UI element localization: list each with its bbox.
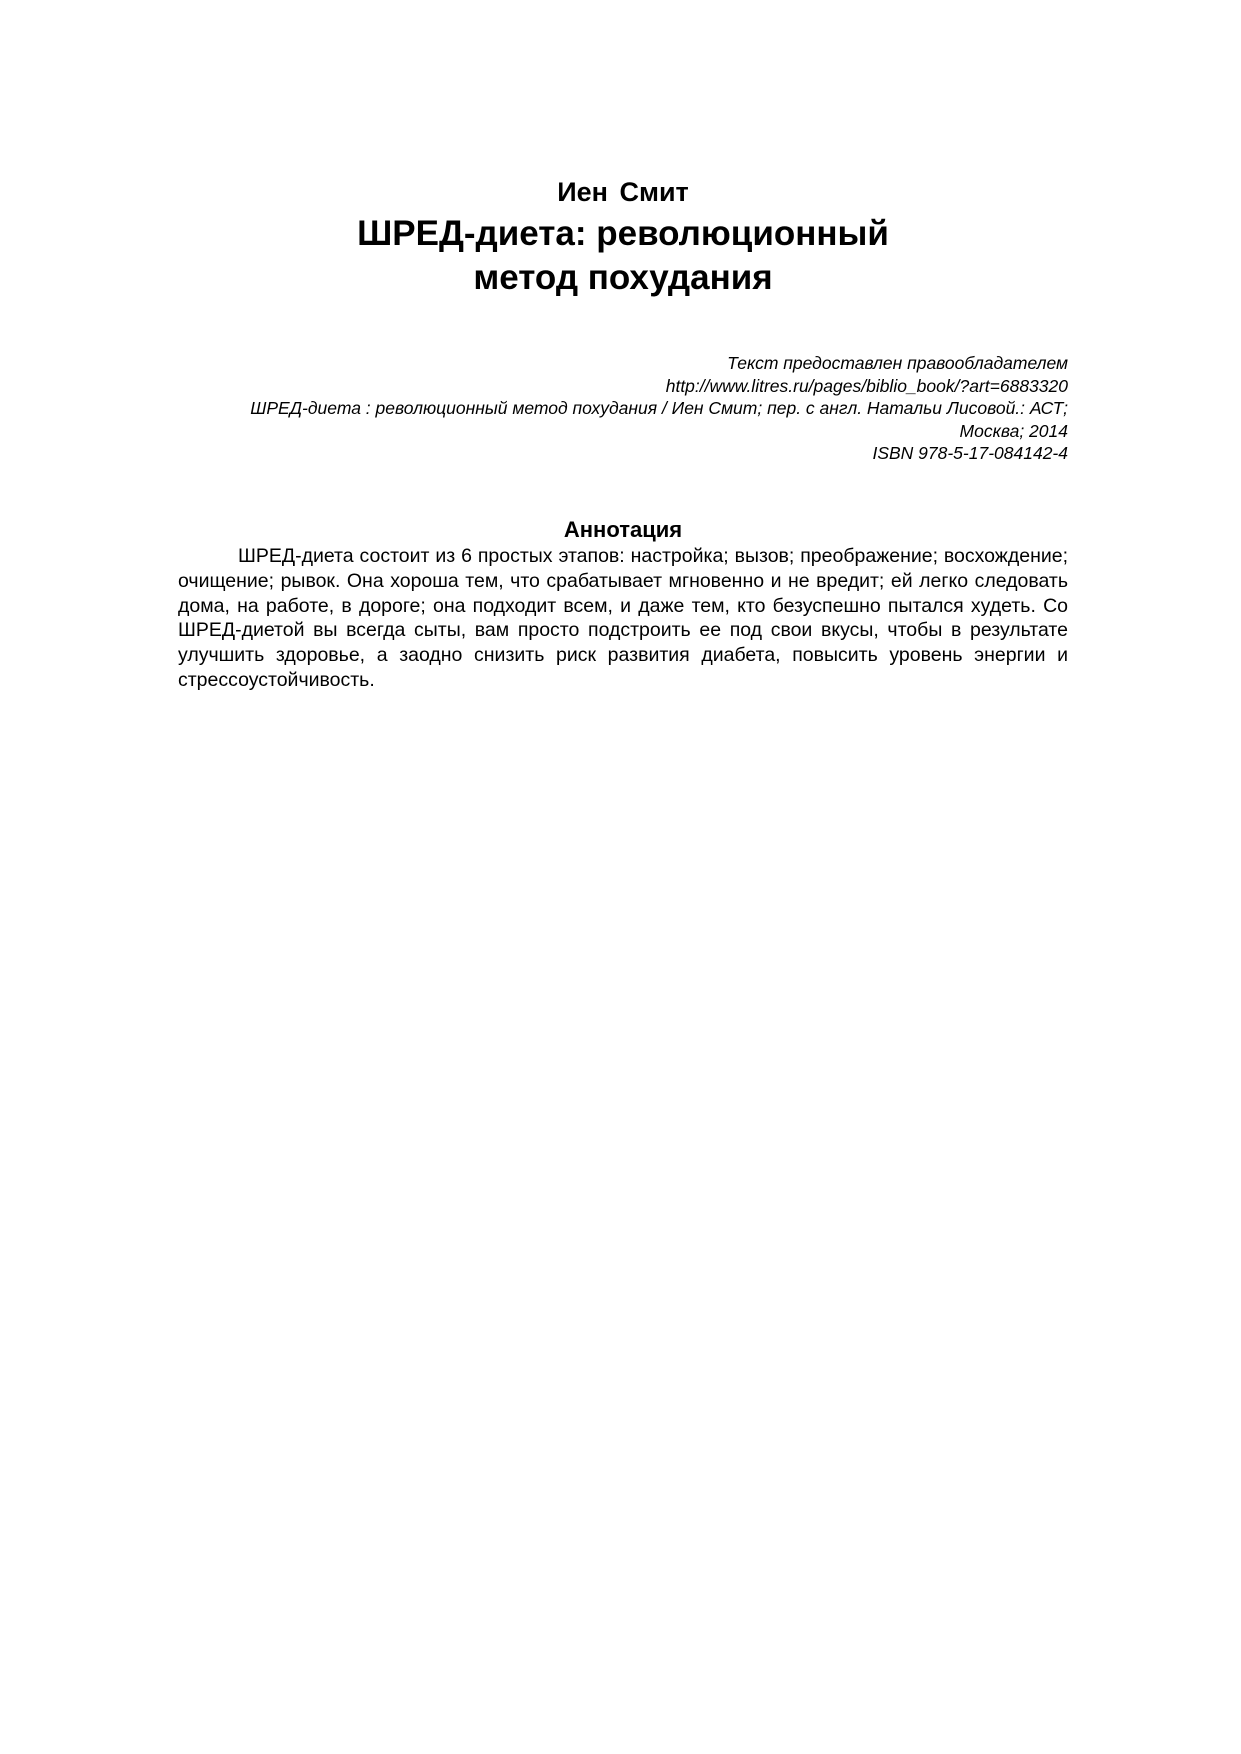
source-url: http://www.litres.ru/pages/biblio_book/?… — [178, 375, 1068, 398]
author-name: Иен Смит — [178, 175, 1068, 209]
annotation-heading: Аннотация — [178, 516, 1068, 544]
rights-holder-note: Текст предоставлен правообладателем — [178, 352, 1068, 375]
isbn: ISBN 978-5-17-084142-4 — [178, 442, 1068, 465]
publication-info: Текст предоставлен правообладателем http… — [178, 352, 1068, 465]
book-title-line: метод похудания — [178, 256, 1068, 300]
book-title-line: ШРЕД-диета: революционный — [178, 212, 1068, 256]
publication-place-year: Москва; 2014 — [178, 420, 1068, 443]
annotation-body: ШРЕД-диета состоит из 6 простых этапов: … — [178, 544, 1068, 693]
bibliographic-reference: ШРЕД-диета : революционный метод похудан… — [178, 397, 1068, 420]
book-title: ШРЕД-диета: революционный метод похудани… — [178, 212, 1068, 300]
